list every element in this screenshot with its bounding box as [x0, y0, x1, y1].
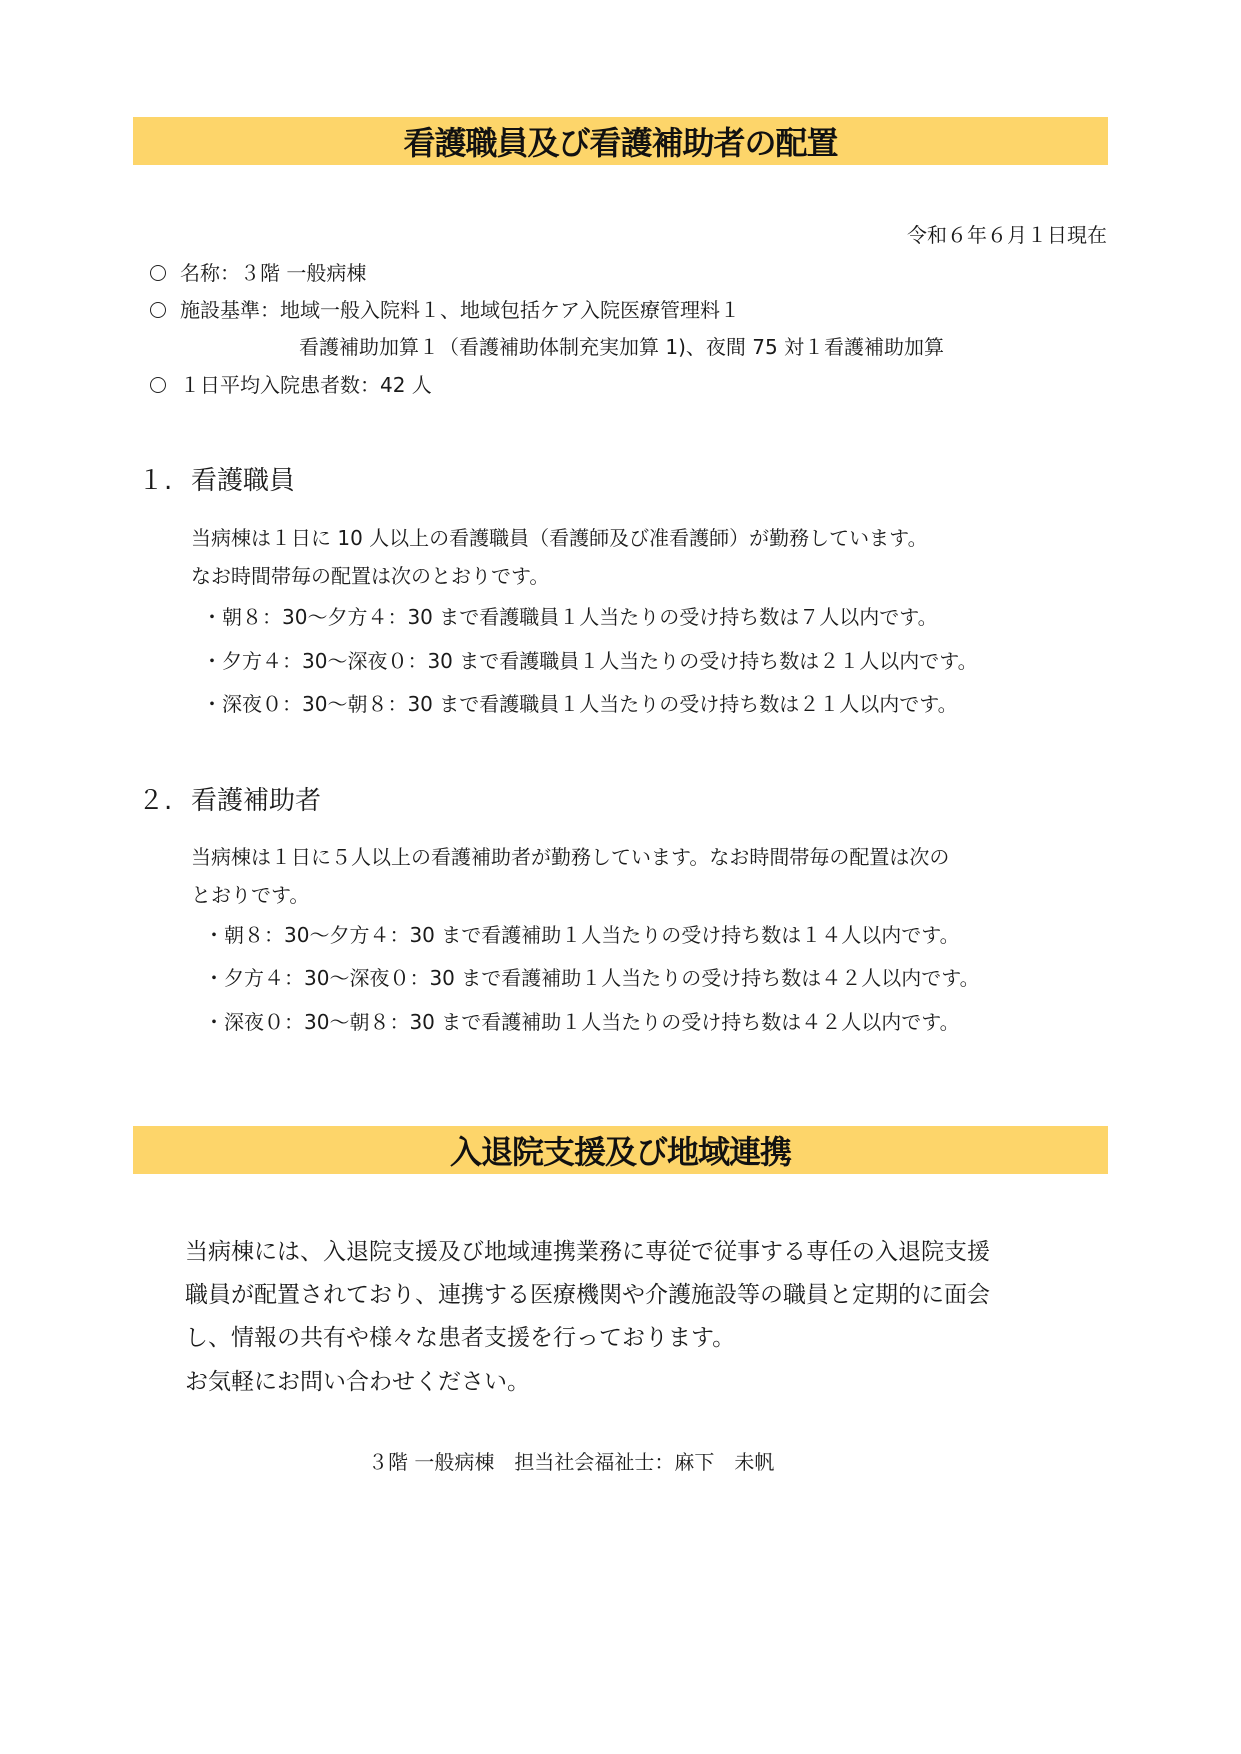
section-number: ２. [138, 786, 172, 816]
section-title: 入退院支援及び地域連携 [450, 1127, 791, 1173]
paragraph-line: し、情報の共有や様々な患者支援を行っております。 [185, 1324, 735, 1352]
list-item: ・朝８：30〜夕方４：30 まで看護補助１人当たりの受け持ち数は１４人以内です。 [204, 923, 960, 947]
list-item: ・深夜０：30〜朝８：30 まで看護職員１人当たりの受け持ち数は２１人以内です。 [202, 692, 958, 716]
paragraph-line: お気軽にお問い合わせください。 [185, 1368, 530, 1396]
overview-item-standards: 施設基準：地域一般入院料１、地域包括ケア入院医療管理料１ [150, 298, 740, 322]
list-item: ・夕方４：30〜深夜０：30 まで看護職員１人当たりの受け持ち数は２１人以内です… [202, 649, 978, 673]
page-title: 看護職員及び看護補助者の配置 [403, 118, 837, 164]
section-banner-staffing: 看護職員及び看護補助者の配置 [133, 117, 1108, 165]
paragraph-line: 当病棟は１日に５人以上の看護補助者が勤務しています。なお時間帯毎の配置は次の [191, 845, 949, 869]
paragraph-line: 当病棟は１日に 10 人以上の看護職員（看護師及び准看護師）が勤務しています。 [191, 526, 928, 550]
paragraph-line: 当病棟には、入退院支援及び地域連携業務に専従で従事する専任の入退院支援 [185, 1238, 990, 1266]
list-item: ・朝８：30〜夕方４：30 まで看護職員１人当たりの受け持ち数は７人以内です。 [202, 605, 938, 629]
section-heading: 看護職員 [191, 466, 295, 496]
overview-item-name: 名称：３階 一般病棟 [150, 261, 366, 285]
contact-person: ３階 一般病棟 担当社会福祉士：麻下 未帆 [368, 1450, 774, 1474]
overview-item-standards-cont: 看護補助加算１（看護補助体制充実加算 1)、夜間 75 対１看護補助加算 [299, 335, 944, 359]
list-item: ・夕方４：30〜深夜０：30 まで看護補助１人当たりの受け持ち数は４２人以内です… [204, 966, 980, 990]
paragraph-line: なお時間帯毎の配置は次のとおりです。 [191, 564, 549, 588]
section-banner-discharge-support: 入退院支援及び地域連携 [133, 1126, 1108, 1174]
overview-item-avg-patients: １日平均入院患者数：42 人 [150, 373, 432, 397]
section-heading: 看護補助者 [191, 786, 321, 816]
paragraph-line: とおりです。 [191, 883, 309, 907]
circle-bullet-icon [150, 302, 166, 318]
list-item: ・深夜０：30〜朝８：30 まで看護補助１人当たりの受け持ち数は４２人以内です。 [204, 1010, 960, 1034]
circle-bullet-icon [150, 265, 166, 281]
as-of-date: 令和６年６月１日現在 [907, 223, 1107, 247]
circle-bullet-icon [150, 377, 166, 393]
paragraph-line: 職員が配置されており、連携する医療機関や介護施設等の職員と定期的に面会 [185, 1281, 990, 1309]
section-number: １. [138, 466, 172, 496]
